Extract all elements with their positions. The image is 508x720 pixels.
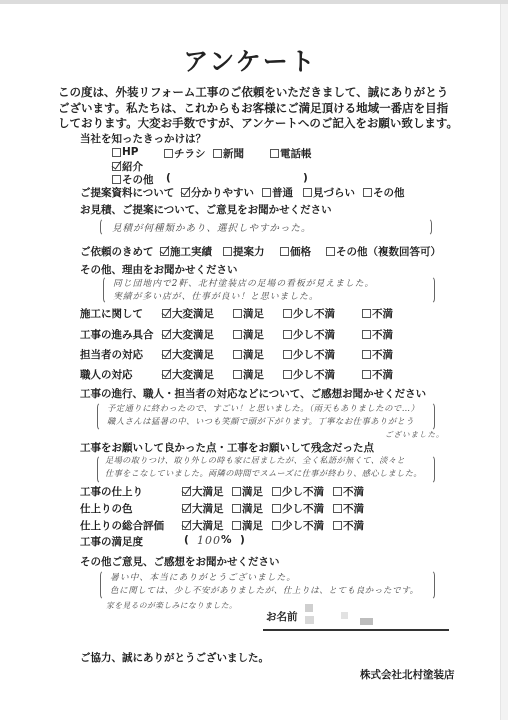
option-label: 不満 [372,306,393,321]
redacted-name-block [360,618,373,625]
rating-slightly-dissatisfied[interactable]: 少し不満 [272,484,324,499]
option-label: 少し不満 [293,306,335,321]
checkbox-hp[interactable]: HP [112,146,138,158]
question-progress-impression: 工事の進行、職人・担当者の対応などについて、ご感想お聞かせください [80,386,426,401]
checked-checkbox-icon [162,350,171,359]
option-label: 不満 [372,347,393,362]
rating-very-satisfied[interactable]: 大変満足 [162,367,214,382]
option-label: 新聞 [223,146,244,161]
option-label: 大満足 [192,501,224,516]
checkbox-easy-to-understand[interactable]: 分かりやすい [181,185,254,200]
option-label: 価格 [290,244,311,259]
option-label: 大変満足 [172,306,214,321]
checkbox-icon [362,350,371,359]
rating-dissatisfied[interactable]: 不満 [362,367,393,382]
rating-slightly-dissatisfied[interactable]: 少し不満 [283,327,335,342]
redacted-name-block [305,604,313,612]
rating-very-satisfied[interactable]: 大満足 [182,518,224,533]
option-label: 満足 [243,347,264,362]
option-label: 見づらい [313,185,355,200]
option-label: その他（複数回答可） [336,244,441,259]
rating-dissatisfied[interactable]: 不満 [362,327,393,342]
checkbox-phonebook[interactable]: 電話帳 [270,146,312,161]
option-label: 少し不満 [282,501,324,516]
question-good-bad-points: 工事をお願いして良かった点・工事をお願いして残念だった点 [80,440,374,455]
intro-line: しております。大変お手数ですが、アンケートへのご記入をお願い致します。 [58,116,458,132]
checkbox-icon [112,148,121,157]
thanks-message: ご協力、誠にありがとうございました。 [80,650,269,665]
question-other-reason: その他、理由をお聞かせください [80,262,238,277]
handwritten-answer-line: 足場の取りつけ、取り外しの時も家に居ましたが、全く私語が無くて、淡々と [105,455,405,466]
satisfaction-value[interactable]: 100 [197,534,221,547]
option-label: 大変満足 [172,347,214,362]
intro-text: この度は、外装リフォーム工事のご依頼をいただきまして、誠にありがとう ございます… [58,85,458,132]
option-label: 少し不満 [293,347,335,362]
question-how-found: 当社を知ったきっかけは？ [80,131,206,146]
checked-checkbox-icon [112,162,121,171]
checkbox-proposal-ability[interactable]: 提案力 [223,244,265,259]
checkbox-icon [232,521,241,530]
option-label: 大満足 [192,484,224,499]
checkbox-icon [362,330,371,339]
option-label: 大変満足 [172,327,214,342]
option-label: 満足 [242,501,263,516]
option-label: 提案力 [233,244,265,259]
rating-very-satisfied[interactable]: 大満足 [182,484,224,499]
option-label: 施工実績 [170,244,212,259]
handwritten-answer: 見積が何種類かあり、選択しやすかった。 [112,220,312,234]
checked-checkbox-icon [182,521,191,530]
rating-row-label: 施工に関して [80,306,143,321]
option-label: 少し不満 [282,518,324,533]
rating-very-satisfied[interactable]: 大満足 [182,501,224,516]
option-label: 少し不満 [293,327,335,342]
rating-row-label: 職人の対応 [80,367,133,382]
option-label: 不満 [343,484,364,499]
checkbox-icon [326,247,335,256]
rating-satisfied[interactable]: 満足 [232,518,263,533]
rating-dissatisfied[interactable]: 不満 [333,501,364,516]
option-label: 不満 [343,501,364,516]
handwritten-answer-line: 同じ団地内で2軒、北村塗装店の足場の看板が見えました。 [113,276,374,289]
survey-page: アンケート この度は、外装リフォーム工事のご依頼をいただきまして、誠にありがとう… [0,4,501,720]
satisfaction-close-paren: ) [240,534,245,546]
rating-very-satisfied[interactable]: 大変満足 [162,306,214,321]
company-name: 株式会社北村塗装店 [360,667,455,682]
rating-slightly-dissatisfied[interactable]: 少し不満 [283,306,335,321]
page-title: アンケート [0,42,500,78]
checked-checkbox-icon [160,247,169,256]
option-label: 少し不満 [293,367,335,382]
option-label: 大満足 [192,518,224,533]
rating-satisfied[interactable]: 満足 [232,484,263,499]
satisfaction-label: 工事の満足度 [80,534,143,549]
name-label: お名前 [266,609,298,624]
rating-row-label: 工事の進み具合 [80,327,154,342]
rating-dissatisfied[interactable]: 不満 [362,306,393,321]
checked-checkbox-icon [162,309,171,318]
rating-row-label: 仕上りの色 [80,501,133,516]
handwritten-answer-line: 予定通りに終わったので、すごい！と思いました。（雨天もありましたので…） [107,402,419,414]
question-proposal-material: ご提案資料について [80,185,174,200]
handwritten-answer-line: 職人さんは猛暑の中、いつも笑顔で頭が下がります。丁寧なお仕事ありがとう [107,415,414,427]
checkbox-hard-to-read[interactable]: 見づらい [303,185,355,200]
checkbox-price[interactable]: 価格 [280,244,311,259]
name-underline [263,629,449,631]
checkbox-icon [333,487,342,496]
rating-dissatisfied[interactable]: 不満 [362,347,393,362]
checked-checkbox-icon [181,188,190,197]
checked-checkbox-icon [162,370,171,379]
option-label: チラシ [174,146,206,161]
rating-very-satisfied[interactable]: 大変満足 [162,347,214,362]
checkbox-icon [270,149,279,158]
rating-satisfied[interactable]: 満足 [233,367,264,382]
checkbox-icon [283,330,292,339]
checkbox-icon [272,521,281,530]
question-other-comments: その他ご意見、ご感想をお聞かせください [80,554,280,569]
handwritten-answer-line: ございました。 [385,429,445,440]
option-label: 満足 [242,518,263,533]
option-label: 大変満足 [172,367,214,382]
checked-checkbox-icon [182,487,191,496]
rating-slightly-dissatisfied[interactable]: 少し不満 [272,518,324,533]
checkbox-newspaper[interactable]: 新聞 [213,146,244,161]
checkbox-flyer[interactable]: チラシ [164,146,206,161]
checkbox-icon [303,188,312,197]
option-label: HP [122,146,138,158]
checkbox-icon [223,247,232,256]
rating-satisfied[interactable]: 満足 [232,501,263,516]
option-label: 満足 [243,306,264,321]
checkbox-icon [112,175,121,184]
intro-line: この度は、外装リフォーム工事のご依頼をいただきまして、誠にありがとう [58,85,458,101]
checkbox-icon [232,504,241,513]
intro-line: ございます。私たちは、これからもお客様にご満足頂ける地域一番店を目指 [58,101,458,117]
checkbox-icon [272,487,281,496]
rating-very-satisfied[interactable]: 大変満足 [162,327,214,342]
checkbox-icon [164,149,173,158]
redacted-name-block [341,612,348,619]
rating-slightly-dissatisfied[interactable]: 少し不満 [283,347,335,362]
option-label: 少し不満 [282,484,324,499]
checkbox-icon [280,247,289,256]
rating-row-label: 担当者の対応 [80,347,143,362]
option-label: 不満 [372,367,393,382]
option-label: 不満 [372,327,393,342]
rating-satisfied[interactable]: 満足 [233,347,264,362]
rating-dissatisfied[interactable]: 不満 [333,484,364,499]
checkbox-icon [283,370,292,379]
checkbox-icon [272,504,281,513]
checkbox-other[interactable]: その他 [363,185,405,200]
checked-checkbox-icon [182,504,191,513]
satisfaction-unit: % [221,534,232,546]
rating-slightly-dissatisfied[interactable]: 少し不満 [283,367,335,382]
option-label: 電話帳 [280,146,312,161]
rating-slightly-dissatisfied[interactable]: 少し不満 [272,501,324,516]
checkbox-normal[interactable]: 普通 [262,185,293,200]
option-label: 満足 [243,367,264,382]
checkbox-icon [363,188,372,197]
rating-row-label: 工事の仕上り [80,484,143,499]
handwritten-answer-line: 仕事をこなしていました。両隣の時間でスムーズに仕事が終わり、感心しました。 [105,468,422,479]
checkbox-icon [233,309,242,318]
satisfaction-open-paren: ( [184,534,189,546]
checkbox-track-record[interactable]: 施工実績 [160,244,212,259]
checkbox-icon [283,309,292,318]
rating-satisfied[interactable]: 満足 [233,306,264,321]
handwritten-answer-line: 暑い中、本当にありがとうございました。 [110,570,296,583]
option-label: 満足 [242,484,263,499]
option-label: その他 [373,185,405,200]
handwritten-answer-line: 色に関しては、少し不安がありましたが、仕上りは、とても良かったです。 [110,584,419,596]
rating-satisfied[interactable]: 満足 [233,327,264,342]
option-label: 普通 [272,185,293,200]
question-estimate-opinion: お見積、ご提案について、ご意見をお聞かせください [80,202,332,217]
checkbox-icon [333,521,342,530]
checkbox-icon [362,309,371,318]
rating-dissatisfied[interactable]: 不満 [333,518,364,533]
checkbox-icon [233,370,242,379]
checkbox-other-multiple[interactable]: その他（複数回答可） [326,244,441,259]
other-open-paren: ( [166,172,171,184]
checkbox-icon [362,370,371,379]
checkbox-icon [333,504,342,513]
handwritten-answer-line: 家を見るのが楽しみになりました。 [106,600,237,611]
option-label: 分かりやすい [191,185,254,200]
other-close-paren: ) [303,172,308,184]
checkbox-icon [233,350,242,359]
checkbox-icon [213,149,222,158]
checkbox-icon [233,330,242,339]
option-label: 満足 [243,327,264,342]
rating-row-label: 仕上りの総合評価 [80,518,164,533]
checkbox-icon [283,350,292,359]
question-decision-factor: ご依頼のきめて [80,244,154,259]
checkbox-icon [262,188,271,197]
checkbox-icon [232,487,241,496]
redacted-name-block [305,616,314,624]
checked-checkbox-icon [162,330,171,339]
handwritten-answer-line: 実績が多い店が、仕事が良い！と思いました。 [113,289,319,302]
option-label: 不満 [343,518,364,533]
